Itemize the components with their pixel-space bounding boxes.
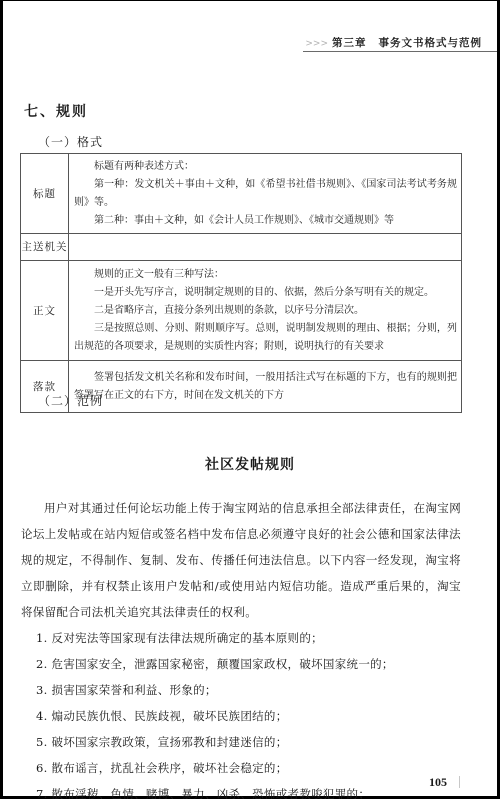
header-rule [303,51,497,52]
table-row-body: 正文 规则的正文一般有三种写法： 一是开头先写序言，说明制定规则的目的、依据，然… [21,261,462,361]
format-heading: （一）格式 [38,133,103,150]
chapter-number: 第三章 [332,37,367,49]
running-header: >>>第三章事务文书格式与范例 [305,35,482,50]
content-line: 第一种：发文机关＋事由＋文种，如《希望书社借书规则》、《国家司法考试考务规则》等… [74,176,457,212]
example-intro: 用户对其通过任何论坛功能上传于淘宝网站的信息承担全部法律责任，在淘宝网论坛上发帖… [21,495,461,625]
list-item: 3. 损害国家荣誉和利益、形象的； [21,677,461,703]
example-title: 社区发帖规则 [0,454,500,474]
table-row-title: 标题 标题有两种表述方式： 第一种：发文机关＋事由＋文种，如《希望书社借书规则》… [21,154,462,234]
list-item: 6. 散布谣言，扰乱社会秩序，破坏社会稳定的； [21,755,461,781]
content-line: 第二种：事由＋文种，如《会计人员工作规则》、《城市交通规则》等 [74,212,457,230]
content-line: 标题有两种表述方式： [74,158,457,176]
example-body: 用户对其通过任何论坛功能上传于淘宝网站的信息承担全部法律责任，在淘宝网论坛上发帖… [21,495,461,799]
row-content: 签署包括发文机关名称和发布时间，一般用括注式写在标题的下方，也有的规则把签署写在… [69,361,462,413]
row-content [69,234,462,261]
table-row-recipient: 主送机关 [21,234,462,261]
content-line: 一是开头先写序言，说明制定规则的目的、依据，然后分条写明有关的规定。 [74,284,457,302]
header-arrows-icon: >>> [305,39,328,49]
example-heading: （二）范例 [38,392,103,409]
page-number-tick [459,776,460,788]
row-content: 标题有两种表述方式： 第一种：发文机关＋事由＋文种，如《希望书社借书规则》、《国… [69,154,462,234]
row-content: 规则的正文一般有三种写法： 一是开头先写序言，说明制定规则的目的、依据，然后分条… [69,261,462,361]
list-item: 4. 煽动民族仇恨、民族歧视，破坏民族团结的； [21,703,461,729]
example-list: 1. 反对宪法等国家现有法律法规所确定的基本原则的； 2. 危害国家安全，泄露国… [21,625,461,799]
section-title: 七、规则 [24,101,88,121]
content-line: 规则的正文一般有三种写法： [74,266,457,284]
row-label: 标题 [21,154,69,234]
row-label: 主送机关 [21,234,69,261]
list-item: 7. 散布淫秽、色情、赌博、暴力、凶杀、恐怖或者教唆犯罪的； [21,781,461,799]
content-line: 签署包括发文机关名称和发布时间，一般用括注式写在标题的下方，也有的规则把签署写在… [74,369,457,405]
content-line: 二是省略序言，直接分条列出规则的条款，以序号分清层次。 [74,302,457,320]
content-line: 三是按照总则、分则、附则顺序写。总则，说明制发规则的理由、根据；分则，列出规范的… [74,320,457,356]
list-item: 2. 危害国家安全，泄露国家秘密，颠覆国家政权，破坏国家统一的； [21,651,461,677]
format-table: 标题 标题有两种表述方式： 第一种：发文机关＋事由＋文种，如《希望书社借书规则》… [20,153,462,413]
chapter-title: 事务文书格式与范例 [379,37,483,49]
page-number: 105 [429,775,447,790]
row-label: 正文 [21,261,69,361]
list-item: 5. 破坏国家宗教政策，宣扬邪教和封建迷信的； [21,729,461,755]
list-item: 1. 反对宪法等国家现有法律法规所确定的基本原则的； [21,625,461,651]
